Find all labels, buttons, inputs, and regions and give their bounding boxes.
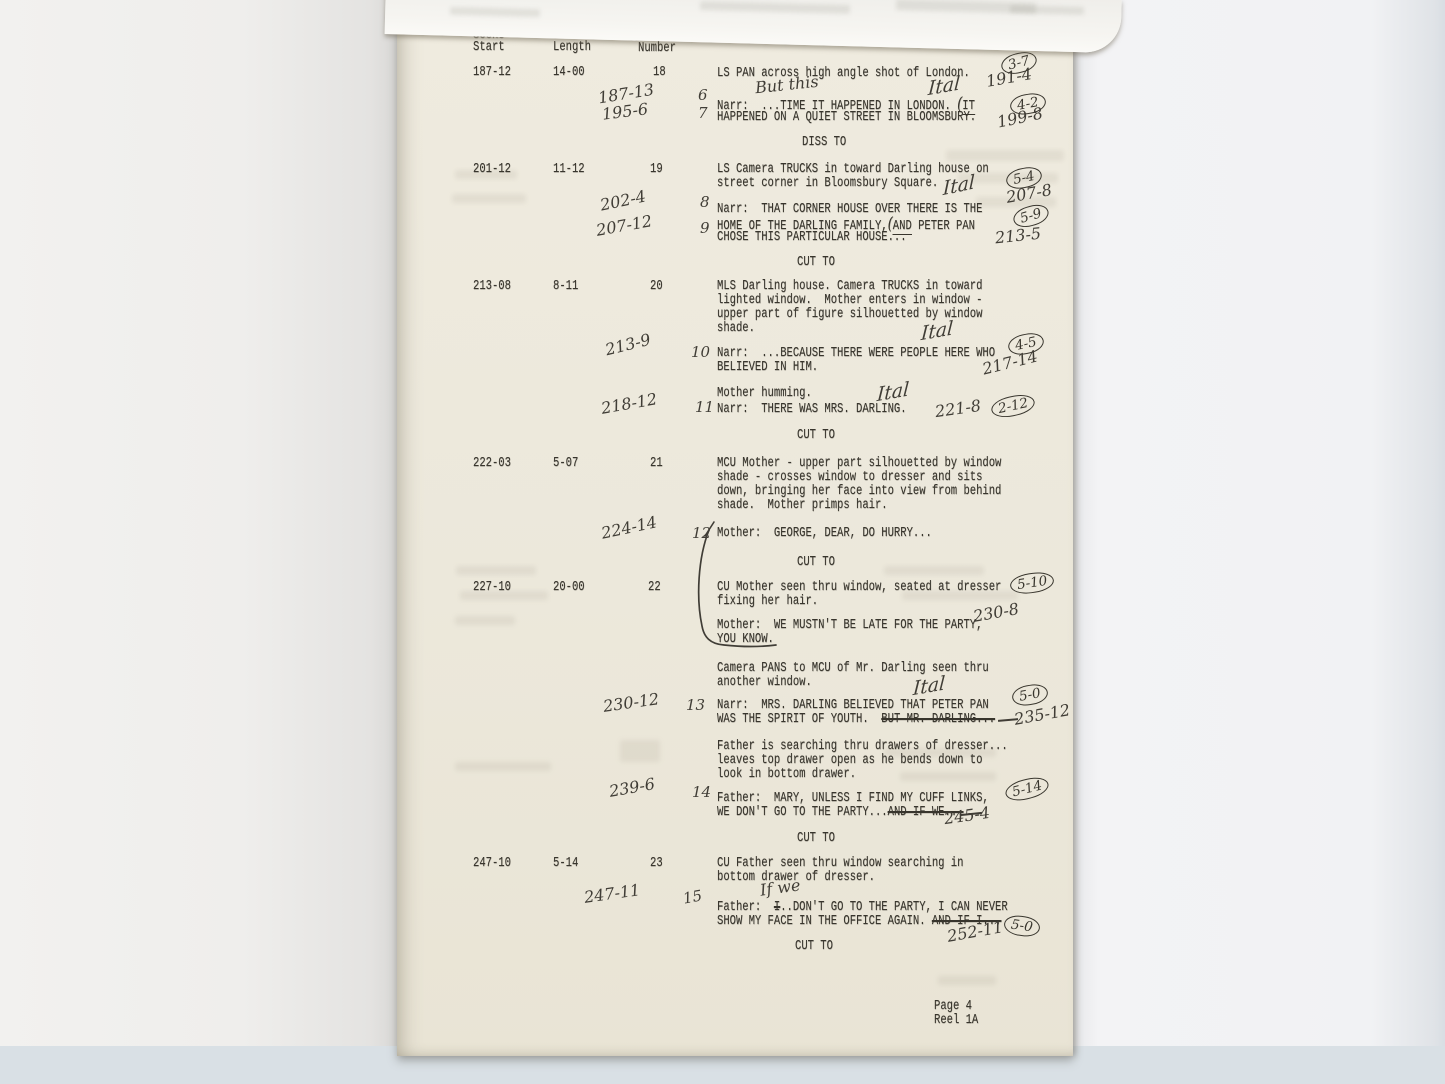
- scene-number-cell: 20: [650, 280, 663, 294]
- page-number: Page 4: [934, 1000, 972, 1014]
- handwritten-line-number: 14: [692, 784, 711, 800]
- transition-cut: CUT TO: [797, 429, 835, 443]
- narration-line: Narr: THAT CORNER HOUSE OVER THERE IS TH…: [717, 203, 982, 217]
- action-line: another window.: [717, 676, 812, 690]
- bleed-through-mark: [456, 566, 536, 575]
- handwritten-line-number: 6: [698, 87, 708, 103]
- scene-start-cell: 222-03: [473, 457, 511, 471]
- photo-of-cutting-continuity-page: { "header": { "col1_top": "Scene", "col1…: [0, 0, 1445, 1084]
- italic-marker-note: Ital: [920, 320, 953, 342]
- dialogue-line: Father: I..DON'T GO TO THE PARTY, I CAN …: [717, 901, 1008, 915]
- scene-number-cell: 22: [648, 581, 661, 595]
- desk-surface-left: [0, 0, 402, 1084]
- scene-start-cell: 201-12: [473, 163, 511, 177]
- italic-marker-note: Ital: [876, 381, 909, 403]
- scene-number-cell: 21: [650, 457, 663, 471]
- italic-marker-note: Ital: [943, 174, 975, 197]
- handwritten-line-number: 8: [700, 194, 710, 210]
- scene-length-cell: 11-12: [553, 163, 585, 177]
- scene-description-line: street corner in Bloomsbury Square.: [717, 177, 938, 191]
- scene-number-cell: 19: [650, 163, 663, 177]
- transition-cut: CUT TO: [795, 940, 833, 954]
- narration-line: Narr: ...BECAUSE THERE WERE PEOPLE HERE …: [717, 347, 995, 361]
- transition-cut: CUT TO: [797, 832, 835, 846]
- scene-length-cell: 5-07: [553, 457, 578, 471]
- scene-number-cell: 18: [653, 66, 666, 80]
- bleed-through-mark: [620, 740, 660, 762]
- handwritten-line-number: 11: [695, 399, 714, 415]
- handwritten-bracket-curve: [690, 518, 800, 658]
- handwritten-line-number: 9: [700, 220, 710, 236]
- scene-description-line: shade - crosses window to dresser and si…: [717, 471, 982, 485]
- dialogue-line: Father: MARY, UNLESS I FIND MY CUFF LINK…: [717, 792, 989, 806]
- bleed-through-mark: [455, 616, 515, 625]
- narration-line: Narr: MRS. DARLING BELIEVED THAT PETER P…: [717, 699, 989, 713]
- action-line: Mother humming.: [717, 387, 812, 401]
- scene-description-line: down, bringing her face into view from b…: [717, 485, 1001, 499]
- handwritten-line-number: 7: [698, 105, 708, 121]
- action-line: look in bottom drawer.: [717, 768, 856, 782]
- scene-description-line: MLS Darling house. Camera TRUCKS in towa…: [717, 280, 982, 294]
- facing-page-right: [1072, 0, 1445, 1084]
- bleed-through-mark: [455, 762, 551, 771]
- scene-description-line: MCU Mother - upper part silhouetted by w…: [717, 457, 1001, 471]
- bleed-through-mark: [900, 772, 996, 781]
- action-line: leaves top drawer open as he bends down …: [717, 754, 982, 768]
- bleed-through-mark: [946, 150, 1064, 161]
- scene-number-cell: 23: [650, 857, 663, 871]
- scene-description-line: lighted window. Mother enters in window …: [717, 294, 982, 308]
- scene-start-cell: 213-08: [473, 280, 511, 294]
- handwritten-line-number: 13: [686, 697, 705, 713]
- struck-text: BUT MR. DARLING...: [881, 712, 995, 727]
- scene-description-line: CU Father seen thru window searching in: [717, 857, 963, 871]
- narration-line: CHOSE THIS PARTICULAR HOUSE...: [717, 231, 907, 245]
- transition-cut: CUT TO: [797, 556, 835, 570]
- narration-line: HAPPENED ON A QUIET STREET IN BLOOMSBURY…: [717, 111, 976, 125]
- scene-length-cell: 14-00: [553, 66, 585, 80]
- italic-marker-note: Ital: [912, 675, 945, 697]
- action-line: Camera PANS to MCU of Mr. Darling seen t…: [717, 662, 989, 676]
- scene-length-cell: 5-14: [553, 857, 578, 871]
- scene-start-cell: 247-10: [473, 857, 511, 871]
- column-header-number: Number: [638, 42, 676, 56]
- narration-line: WAS THE SPIRIT OF YOUTH. BUT MR. DARLING…: [717, 713, 995, 727]
- scene-start-cell: 187-12: [473, 66, 511, 80]
- bleed-through-mark: [452, 194, 526, 203]
- italic-marker-note: Ital: [927, 75, 960, 97]
- handwritten-line-number: 15: [682, 887, 704, 906]
- scene-length-cell: 8-11: [553, 280, 578, 294]
- dialogue-line: WE DON'T GO TO THE PARTY...AND IF WE...: [717, 806, 963, 820]
- transition-cut: CUT TO: [797, 256, 835, 270]
- handwritten-footage-note: 213-5: [994, 226, 1042, 247]
- bleed-through-mark: [938, 976, 996, 985]
- scene-start-cell: 227-10: [473, 581, 511, 595]
- scene-description-line: shade. Mother primps hair.: [717, 499, 888, 513]
- handwritten-line-number: 10: [691, 344, 710, 360]
- reel-number: Reel 1A: [934, 1014, 978, 1028]
- scene-length-cell: 20-00: [553, 581, 585, 595]
- transition-diss: DISS TO: [802, 136, 846, 150]
- bleed-through-mark: [884, 566, 984, 575]
- column-header-start: Start: [473, 41, 505, 55]
- scene-description-line: shade.: [717, 322, 755, 336]
- narration-line: BELIEVED IN HIM.: [717, 361, 818, 375]
- column-header-length: Length: [553, 41, 591, 55]
- scene-description-line: LS Camera TRUCKS in toward Darling house…: [717, 163, 989, 177]
- action-line: Father is searching thru drawers of dres…: [717, 740, 1008, 754]
